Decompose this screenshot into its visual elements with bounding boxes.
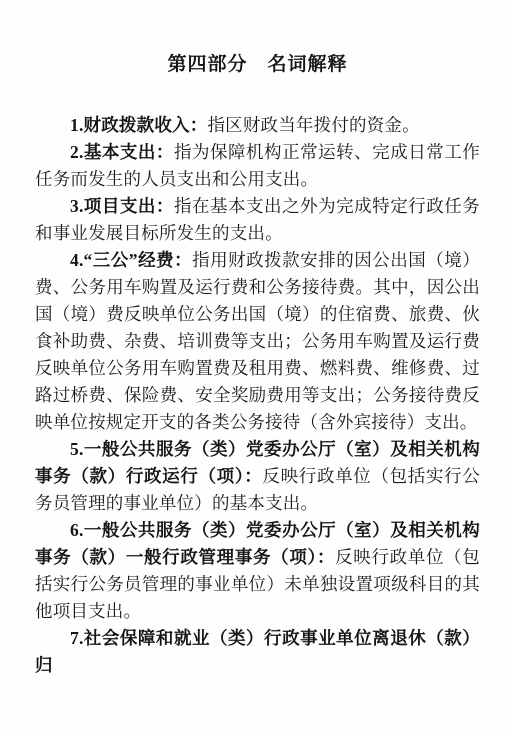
definition-paragraph-2: 2.基本支出：指为保障机构正常运转、完成日常工作任务而发生的人员支出和公用支出。	[35, 139, 480, 193]
definition-paragraph-4: 4.“三公”经费：指用财政拨款安排的因公出国（境）费、公务用车购置及运行费和公务…	[35, 247, 480, 436]
definition-paragraph-6: 6.一般公共服务（类）党委办公厅（室）及相关机构事务（款）一般行政管理事务（项）…	[35, 517, 480, 625]
term-label-3: 3.项目支出：	[70, 196, 174, 216]
definition-paragraph-3: 3.项目支出：指在基本支出之外为完成特定行政任务和事业发展目标所发生的支出。	[35, 193, 480, 247]
definition-paragraph-5: 5.一般公共服务（类）党委办公厅（室）及相关机构事务（款）行政运行（项）：反映行…	[35, 436, 480, 517]
section-title: 第四部分 名词解释	[35, 52, 480, 78]
term-label-7: 7.社会保障和就业（类）行政事业单位离退休（款）归	[35, 628, 480, 675]
document-page: 第四部分 名词解释 1.财政拨款收入：指区财政当年拨付的资金。 2.基本支出：指…	[0, 0, 510, 735]
definition-paragraph-7: 7.社会保障和就业（类）行政事业单位离退休（款）归	[35, 625, 480, 679]
definition-paragraph-1: 1.财政拨款收入：指区财政当年拨付的资金。	[35, 112, 480, 139]
term-label-2: 2.基本支出：	[70, 142, 174, 162]
term-label-4: 4.“三公”经费：	[70, 250, 192, 270]
term-definition-4: 指用财政拨款安排的因公出国（境）费、公务用车购置及运行费和公务接待费。其中，因公…	[35, 250, 480, 432]
term-label-1: 1.财政拨款收入：	[70, 115, 207, 135]
term-definition-1: 指区财政当年拨付的资金。	[207, 115, 419, 135]
